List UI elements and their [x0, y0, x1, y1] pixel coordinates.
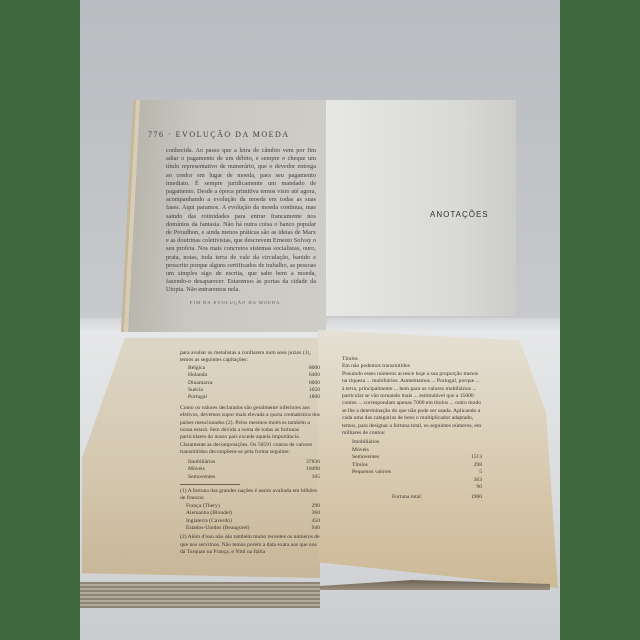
footnote-2: (2) Além d'isso não são também muito rec… — [180, 534, 320, 556]
t3-label: França (Thery) — [186, 503, 220, 510]
t2-value: 10490 — [306, 466, 320, 473]
t1-value: 6400 — [309, 372, 320, 379]
r-value: 363 — [474, 477, 482, 484]
r-label: Móveis — [352, 447, 369, 454]
upright-book-footer: FIM DA EVOLUÇÃO DA MOEDA — [190, 300, 280, 305]
t3-value: 290 — [312, 503, 320, 510]
t2-label: Móveis — [188, 466, 205, 473]
r-value: 5 — [479, 469, 482, 476]
upright-book-body: conhecida. Ao passo que a letra de câmbi… — [166, 147, 316, 295]
t2-value: 37836 — [306, 459, 320, 466]
photo: 776 · EVOLUÇÃO DA MOEDA conhecida. Ao pa… — [80, 0, 560, 640]
r-label: Pequenos valores — [352, 469, 391, 476]
t2-value: 165 — [312, 474, 320, 481]
lying-right-text: Títulos Em não podemos transmitidos Posu… — [342, 356, 482, 502]
total-value: 1960 — [471, 494, 482, 501]
page-block-edge — [80, 582, 320, 608]
t1-label: Suécia — [188, 387, 203, 394]
paragraph: Posuindo esses números acresce hoje a su… — [342, 371, 482, 438]
intro: para avaliar os metalistas a confiarem n… — [180, 350, 320, 365]
t1-label: Bélgica — [188, 365, 205, 372]
r-label: Imobiliários — [352, 439, 379, 446]
r-value: 1513 — [471, 454, 482, 461]
t2-label: Imobiliários — [188, 459, 215, 466]
t3-label: Estados-Unidos (Beaugorel) — [186, 525, 250, 532]
r-label: Semoventes — [352, 454, 379, 461]
t3-label: Inglaterra (Caverdo) — [186, 518, 232, 525]
intro-line: Títulos — [342, 356, 482, 363]
r-value: 90 — [476, 484, 482, 491]
r-label: Títulos — [352, 462, 368, 469]
t1-value: 1800 — [309, 394, 320, 401]
t3-value: 940 — [312, 525, 320, 532]
r-value: 298 — [474, 462, 482, 469]
t3-value: 360 — [312, 510, 320, 517]
t3-label: Alemanha (Blondel) — [186, 510, 232, 517]
t1-value: 1650 — [309, 387, 320, 394]
footnote-rule — [180, 484, 240, 485]
paragraph: Como os valores declarados são geralment… — [180, 405, 320, 457]
lying-left-text: para avaliar os metalistas a confiarem n… — [180, 350, 320, 557]
t1-label: Dinamarca — [188, 380, 213, 387]
t1-value: 6000 — [309, 380, 320, 387]
t2-label: Semoventes — [188, 474, 215, 481]
intro-line: Em não podemos transmitidos — [342, 363, 482, 370]
running-head: 776 · EVOLUÇÃO DA MOEDA — [148, 130, 290, 139]
anotacoes-title: ANOTAÇÕES — [430, 210, 489, 219]
total-label: Fortuna total — [352, 494, 421, 501]
upright-book-right-page — [326, 100, 516, 316]
footnote-1: (1) A fortuna das grandes nações é assim… — [180, 488, 320, 503]
t1-value: 8000 — [309, 365, 320, 372]
t3-value: 450 — [312, 518, 320, 525]
t1-label: Holanda — [188, 372, 207, 379]
t1-label: Portugal — [188, 394, 207, 401]
